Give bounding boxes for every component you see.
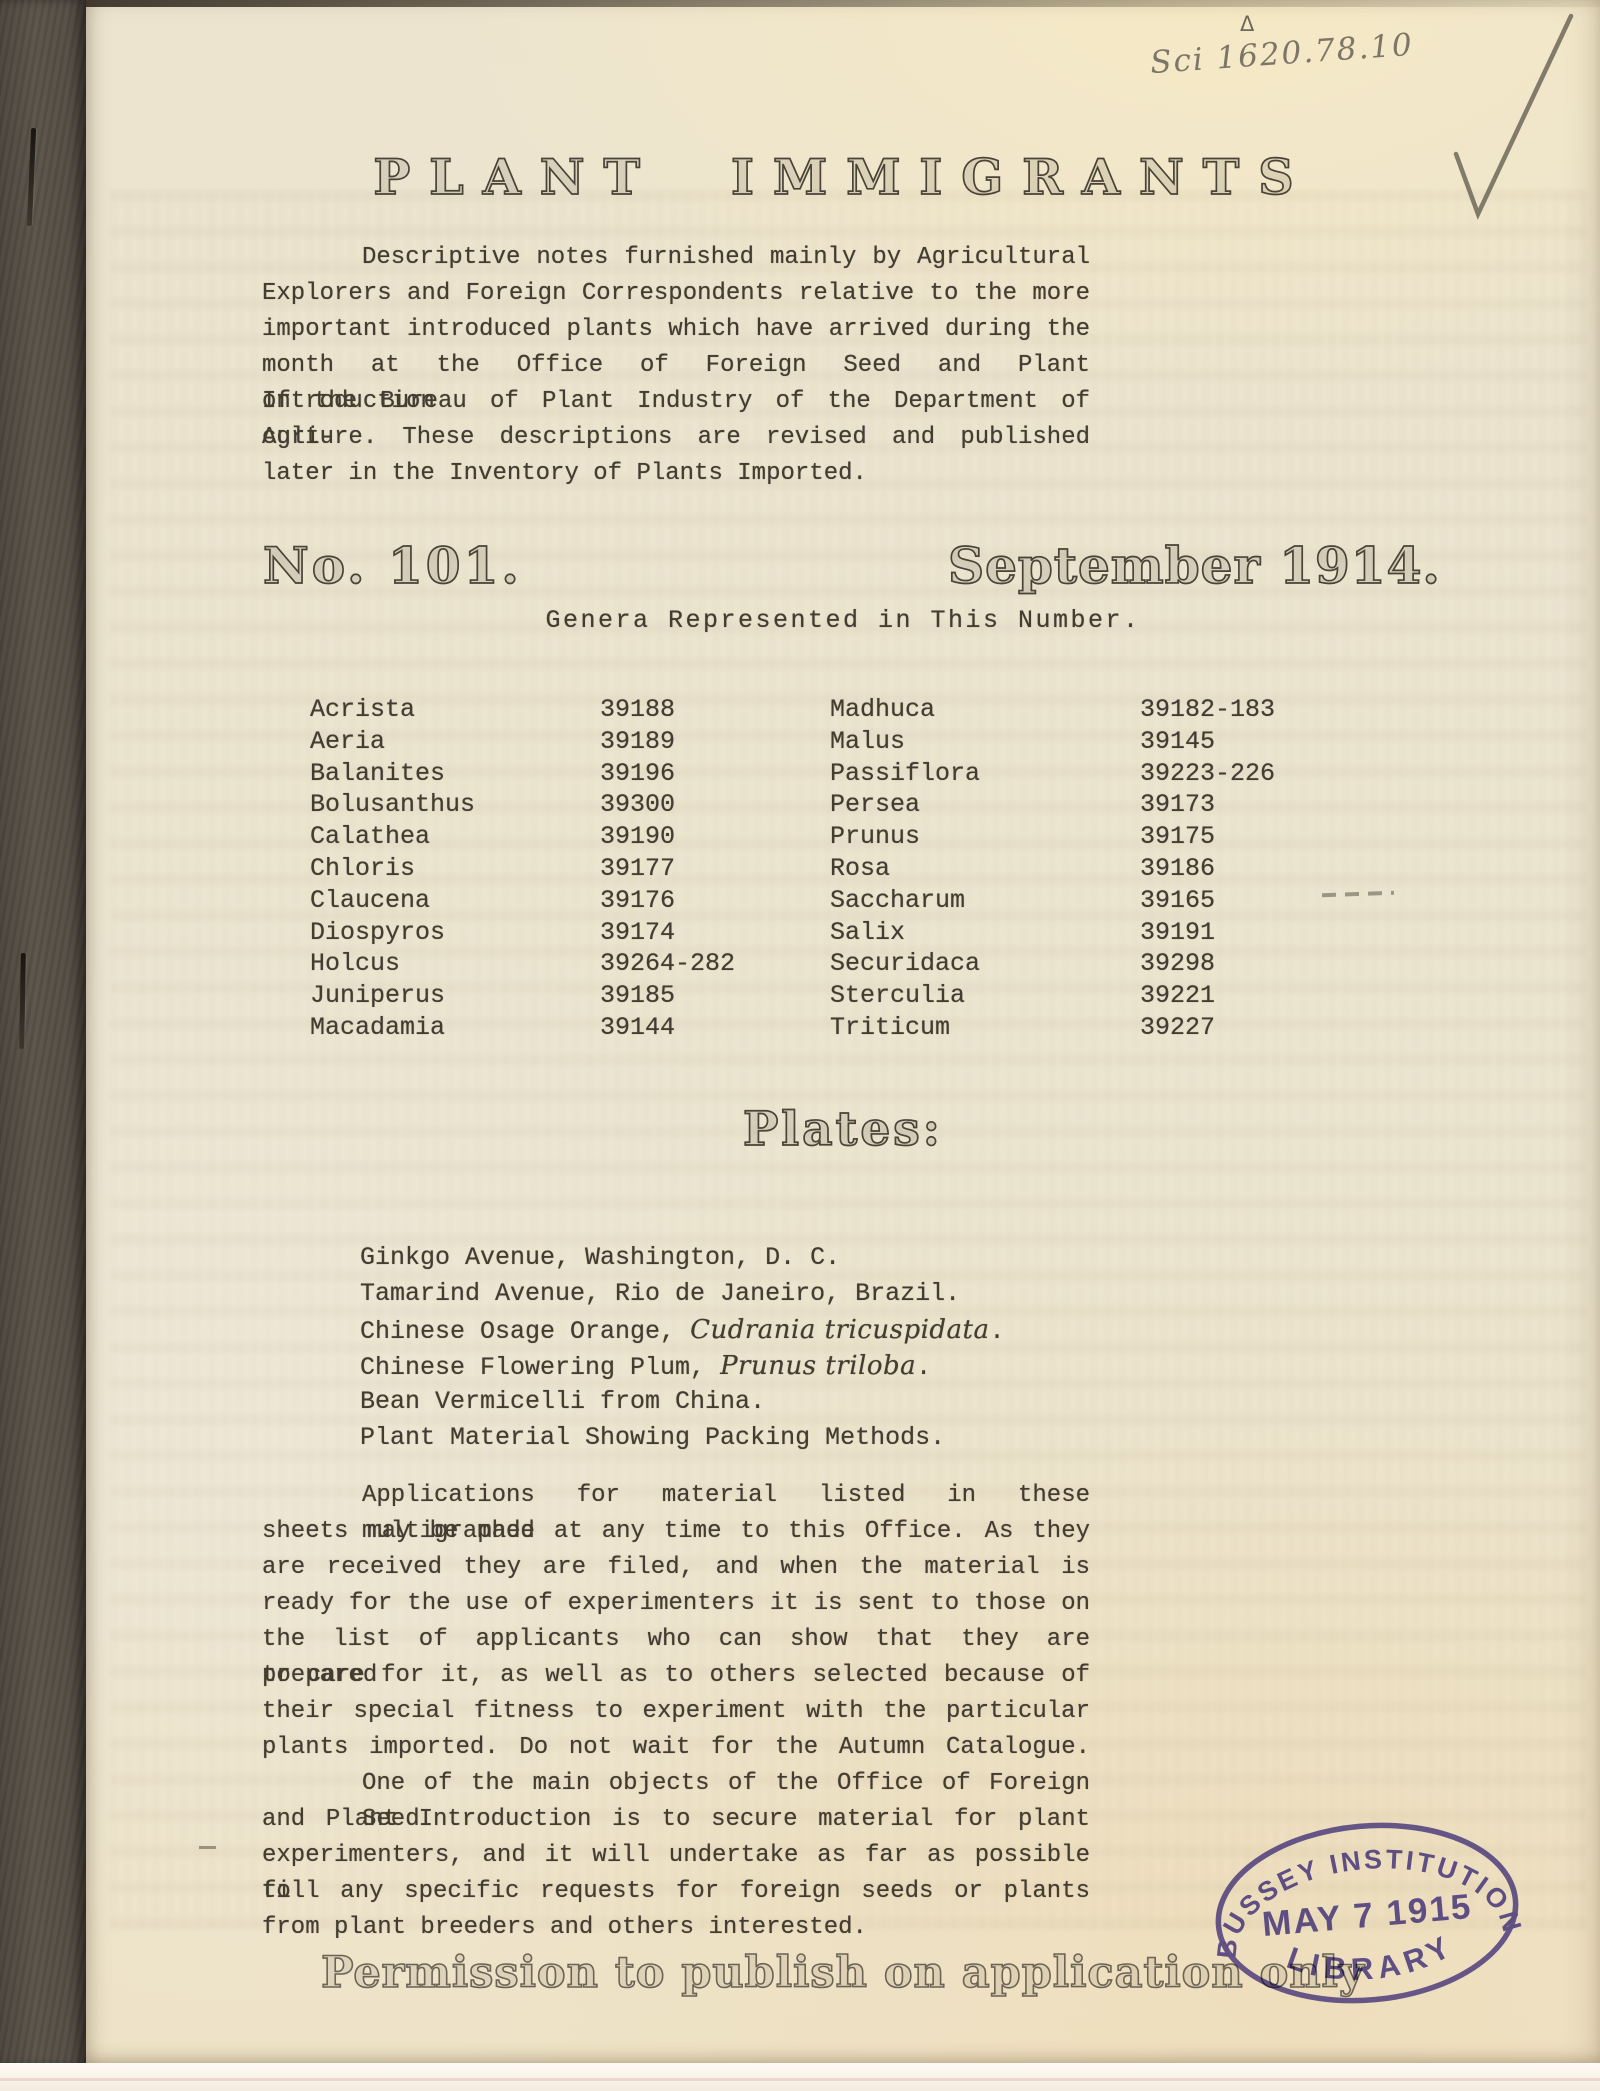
plate-text: . xyxy=(916,1353,931,1382)
masthead-title: PLANT IMMIGRANTS xyxy=(86,148,1600,206)
genera-row: Triticum39227 xyxy=(830,1012,1275,1044)
genus-number: 39177 xyxy=(600,853,675,885)
genus-number: 39189 xyxy=(600,726,675,758)
text-line: One of the main objects of the Office of… xyxy=(262,1766,1090,1802)
plate-latin-name: Cudrania tricuspidata xyxy=(690,1315,989,1345)
plate-text: Chinese Osage Orange, xyxy=(360,1317,690,1346)
genus-number: 39300 xyxy=(600,789,675,821)
text-line: Explorers and Foreign Correspondents rel… xyxy=(262,276,1090,312)
genus-name: Rosa xyxy=(830,853,1140,885)
genus-name: Saccharum xyxy=(830,885,1140,917)
plate-text: Bean Vermicelli from China. xyxy=(360,1387,765,1416)
stray-pencil-dash xyxy=(199,1846,216,1849)
genus-name: Bolusanthus xyxy=(310,789,600,821)
text-line: are received they are filed, and when th… xyxy=(262,1550,1090,1586)
page-top-edge-shadow xyxy=(86,0,1600,7)
text-line: ready for the use of experimenters it is… xyxy=(262,1586,1090,1622)
genus-name: Chloris xyxy=(310,853,600,885)
genera-row: Holcus39264-282 xyxy=(310,948,735,980)
genus-name: Madhuca xyxy=(830,694,1140,726)
genus-number: 39298 xyxy=(1140,948,1215,980)
plates-heading: Plates: xyxy=(86,1102,1600,1157)
plates-list: Ginkgo Avenue, Washington, D. C.Tamarind… xyxy=(360,1240,1005,1456)
genera-row: Balanites39196 xyxy=(310,758,735,790)
plate-item: Ginkgo Avenue, Washington, D. C. xyxy=(360,1240,1005,1276)
plate-text: Ginkgo Avenue, Washington, D. C. xyxy=(360,1243,840,1272)
genera-row: Persea39173 xyxy=(830,789,1275,821)
genus-name: Passiflora xyxy=(830,758,1140,790)
genera-row: Salix39191 xyxy=(830,917,1275,949)
text-line: sheets may be made at any time to this O… xyxy=(262,1514,1090,1550)
genus-name: Calathea xyxy=(310,821,600,853)
genus-name: Diospyros xyxy=(310,917,600,949)
genera-row: Juniperus39185 xyxy=(310,980,735,1012)
genera-row: Malus39145 xyxy=(830,726,1275,758)
genera-row: Securidaca39298 xyxy=(830,948,1275,980)
genus-number: 39186 xyxy=(1140,853,1215,885)
genus-name: Macadamia xyxy=(310,1012,600,1044)
genus-number: 39173 xyxy=(1140,789,1215,821)
scanned-document-page: { "document": { "call_number": "Sci 1620… xyxy=(0,0,1600,2091)
genus-number: 39174 xyxy=(600,917,675,949)
text-line: important introduced plants which have a… xyxy=(262,312,1090,348)
binding-strip xyxy=(0,0,86,2066)
genus-name: Aeria xyxy=(310,726,600,758)
bottom-page-edge xyxy=(0,2063,1600,2091)
text-line: from plant breeders and others intereste… xyxy=(262,1910,1090,1946)
text-line: their special fitness to experiment with… xyxy=(262,1694,1090,1730)
plate-item: Plant Material Showing Packing Methods. xyxy=(360,1420,1005,1456)
genus-name: Holcus xyxy=(310,948,600,980)
text-line: Applications for material listed in thes… xyxy=(262,1478,1090,1514)
intro-paragraph: Descriptive notes furnished mainly by Ag… xyxy=(262,240,1090,492)
genera-row: Diospyros39174 xyxy=(310,917,735,949)
genus-name: Acrista xyxy=(310,694,600,726)
text-line: month at the Office of Foreign Seed and … xyxy=(262,348,1090,384)
plate-text: . xyxy=(990,1317,1005,1346)
genus-name: Sterculia xyxy=(830,980,1140,1012)
genera-row: Macadamia39144 xyxy=(310,1012,735,1044)
genus-number: 39165 xyxy=(1140,885,1215,917)
genus-number: 39264-282 xyxy=(600,948,735,980)
genus-name: Prunus xyxy=(830,821,1140,853)
genus-number: 39175 xyxy=(1140,821,1215,853)
genera-list-right: Madhuca39182-183Malus39145Passiflora3922… xyxy=(830,694,1275,1044)
plate-text: Chinese Flowering Plum, xyxy=(360,1353,720,1382)
genera-row: Claucena39176 xyxy=(310,885,735,917)
text-line: and Plant Introduction is to secure mate… xyxy=(262,1802,1090,1838)
genus-number: 39182-183 xyxy=(1140,694,1275,726)
genera-row: Sterculia39221 xyxy=(830,980,1275,1012)
genera-heading: Genera Represented in This Number. xyxy=(86,606,1600,635)
body-paragraph: Applications for material listed in thes… xyxy=(262,1478,1090,1946)
genus-name: Balanites xyxy=(310,758,600,790)
plate-item: Chinese Osage Orange, Cudrania tricuspid… xyxy=(360,1312,1005,1348)
genus-name: Triticum xyxy=(830,1012,1140,1044)
plate-item: Chinese Flowering Plum, Prunus triloba. xyxy=(360,1348,1005,1384)
genus-number: 39185 xyxy=(600,980,675,1012)
genera-row: Acrista39188 xyxy=(310,694,735,726)
genera-row: Saccharum39165 xyxy=(830,885,1275,917)
genus-number: 39221 xyxy=(1140,980,1215,1012)
plate-text: Plant Material Showing Packing Methods. xyxy=(360,1423,945,1452)
plate-item: Tamarind Avenue, Rio de Janeiro, Brazil. xyxy=(360,1276,1005,1312)
genus-name: Salix xyxy=(830,917,1140,949)
issue-number: No. 101. xyxy=(263,536,522,595)
genus-name: Persea xyxy=(830,789,1140,821)
issue-date: September 1914. xyxy=(948,536,1441,595)
plate-item: Bean Vermicelli from China. xyxy=(360,1384,1005,1420)
plate-text: Tamarind Avenue, Rio de Janeiro, Brazil. xyxy=(360,1279,960,1308)
text-line: the list of applicants who can show that… xyxy=(262,1622,1090,1658)
genera-row: Chloris39177 xyxy=(310,853,735,885)
text-line: plants imported. Do not wait for the Aut… xyxy=(262,1730,1090,1766)
genus-number: 39176 xyxy=(600,885,675,917)
genera-row: Rosa39186 xyxy=(830,853,1275,885)
genus-number: 39227 xyxy=(1140,1012,1215,1044)
genus-number: 39188 xyxy=(600,694,675,726)
insert-caret-mark: Δ xyxy=(1240,12,1254,36)
genus-name: Claucena xyxy=(310,885,600,917)
genus-number: 39145 xyxy=(1140,726,1215,758)
genera-row: Passiflora39223-226 xyxy=(830,758,1275,790)
genus-number: 39190 xyxy=(600,821,675,853)
text-line: Descriptive notes furnished mainly by Ag… xyxy=(262,240,1090,276)
genera-row: Aeria39189 xyxy=(310,726,735,758)
text-line: of the Bureau of Plant Industry of the D… xyxy=(262,384,1090,420)
genera-row: Bolusanthus39300 xyxy=(310,789,735,821)
genus-name: Juniperus xyxy=(310,980,600,1012)
genera-row: Calathea39190 xyxy=(310,821,735,853)
genus-number: 39196 xyxy=(600,758,675,790)
genus-name: Securidaca xyxy=(830,948,1140,980)
genus-number: 39223-226 xyxy=(1140,758,1275,790)
genera-row: Madhuca39182-183 xyxy=(830,694,1275,726)
library-stamp: BUSSEY INSTITUTION MAY 7 1915 LIBRARY xyxy=(1177,1778,1557,2048)
genera-row: Prunus39175 xyxy=(830,821,1275,853)
text-line: fill any specific requests for foreign s… xyxy=(262,1874,1090,1910)
genus-number: 39191 xyxy=(1140,917,1215,949)
genus-number: 39144 xyxy=(600,1012,675,1044)
plate-latin-name: Prunus triloba xyxy=(720,1351,916,1381)
text-line: culture. These descriptions are revised … xyxy=(262,420,1090,456)
text-line: later in the Inventory of Plants Importe… xyxy=(262,456,1090,492)
genera-list-left: Acrista39188Aeria39189Balanites39196Bolu… xyxy=(310,694,735,1044)
genus-name: Malus xyxy=(830,726,1140,758)
text-line: experimenters, and it will undertake as … xyxy=(262,1838,1090,1874)
text-line: to care for it, as well as to others sel… xyxy=(262,1658,1090,1694)
